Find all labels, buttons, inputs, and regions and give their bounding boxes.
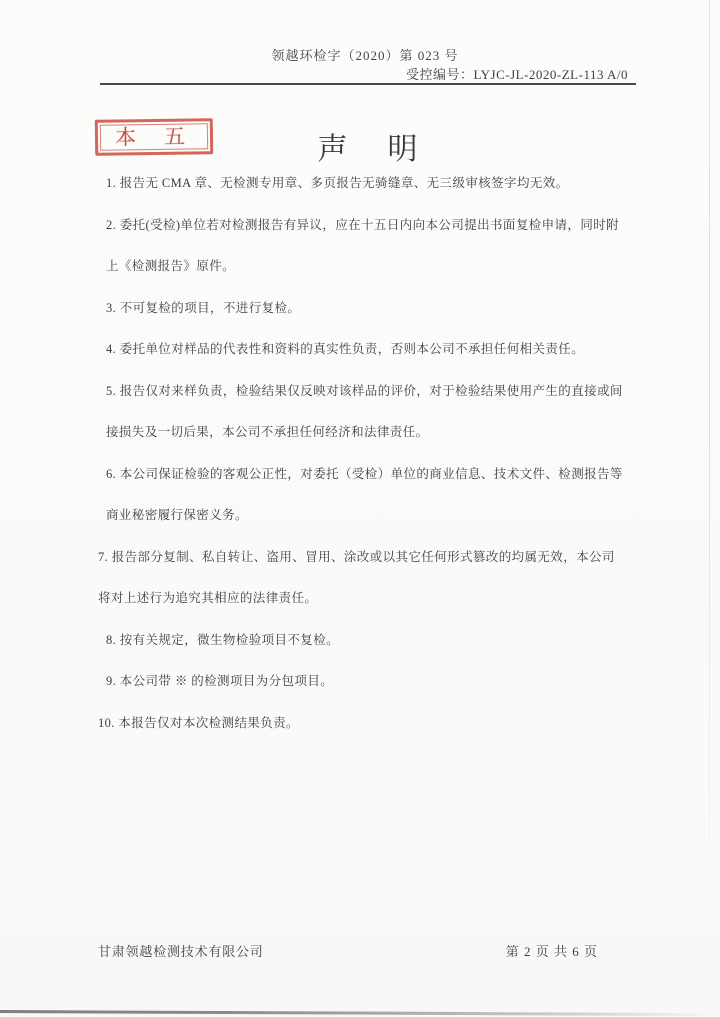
declaration-item-8: 8. 按有关规定，微生物检验项目不复检。 (106, 620, 720, 662)
declaration-item-5-line-1: 5. 报告仅对来样负责，检验结果仅反映对该样品的评价，对于检验结果使用产生的直接… (106, 371, 720, 413)
scan-edge-bottom (0, 1010, 720, 1016)
declaration-item-6-line-1: 6. 本公司保证检验的客观公正性，对委托（受检）单位的商业信息、技术文件、检测报… (106, 454, 720, 496)
declaration-item-9: 9. 本公司带 ※ 的检测项目为分包项目。 (106, 661, 720, 703)
declaration-item-2-line-1: 2. 委托(受检)单位若对检测报告有异议，应在十五日内向本公司提出书面复检申请，… (106, 205, 720, 247)
declaration-item-3: 3. 不可复检的项目，不进行复检。 (106, 288, 720, 330)
declaration-item-6-line-2: 商业秘密履行保密义务。 (106, 495, 720, 537)
declaration-item-2-line-2: 上《检测报告》原件。 (106, 246, 720, 288)
scanned-declaration-page: 领越环检字（2020）第 023 号 受控编号：LYJC-JL-2020-ZL-… (0, 0, 720, 1017)
footer-company-name: 甘肃领越检测技术有限公司 (98, 941, 264, 960)
controlled-number: 受控编号：LYJC-JL-2020-ZL-113 A/0 (406, 64, 628, 83)
declaration-item-5-line-2: 接损失及一切后果，本公司不承担任何经济和法律责任。 (106, 412, 720, 454)
header-rule (100, 83, 636, 85)
footer-page-number: 第 2 页 共 6 页 (506, 941, 598, 960)
scan-edge-right (709, 0, 710, 1017)
declaration-item-1: 1. 报告无 CMA 章、无检测专用章、多页报告无骑缝章、无三级审核签字均无效。 (106, 163, 720, 205)
declaration-item-10: 10. 本报告仅对本次检测结果负责。 (98, 703, 720, 745)
page-title: 声 明 (10, 124, 720, 168)
declaration-list: 1. 报告无 CMA 章、无检测专用章、多页报告无骑缝章、无三级审核签字均无效。… (0, 163, 720, 744)
declaration-item-7-line-1: 7. 报告部分复制、私自转让、盗用、冒用、涂改或以其它任何形式篡改的均属无效，本… (98, 537, 720, 579)
declaration-item-7-line-2: 将对上述行为追究其相应的法律责任。 (98, 578, 720, 620)
declaration-item-4: 4. 委托单位对样品的代表性和资料的真实性负责，否则本公司不承担任何相关责任。 (106, 329, 720, 371)
doc-number: 领越环检字（2020）第 023 号 (0, 45, 720, 64)
